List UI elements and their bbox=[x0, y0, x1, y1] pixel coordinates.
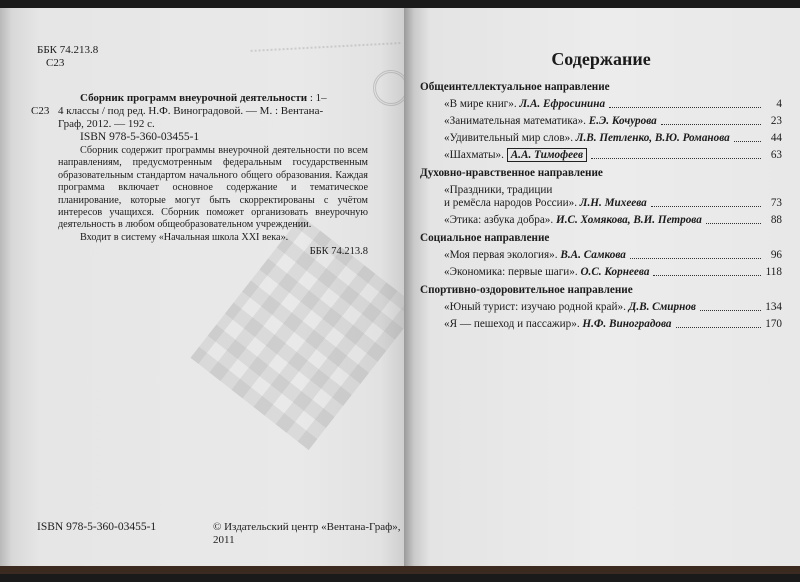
dot-leader bbox=[661, 124, 761, 125]
toc-section: Общеинтеллектуальное направление«В мире … bbox=[420, 80, 782, 162]
record-bbk: ББК 74.213.8 bbox=[58, 245, 368, 258]
dot-leader bbox=[653, 275, 761, 276]
left-page-imprint: ББК 74.213.8 С23 С23 Сборник программ вн… bbox=[0, 8, 404, 574]
toc-entry-text: «Этика: азбука добра». И.С. Хомякова, В.… bbox=[444, 214, 702, 227]
toc-entry: «Удивительный мир слов». Л.В. Петленко, … bbox=[420, 132, 782, 145]
scan-bottom-edge bbox=[0, 566, 800, 574]
toc-section: Социальное направление«Моя первая эколог… bbox=[420, 231, 782, 279]
toc-section-heading: Социальное направление bbox=[420, 231, 782, 245]
dot-leader bbox=[734, 141, 761, 142]
toc-entry-author: Н.Ф. Виноградова bbox=[582, 318, 671, 330]
book-title-rest: : 1– bbox=[307, 92, 327, 104]
bibliographic-record: С23 Сборник программ внеурочной деятельн… bbox=[58, 92, 368, 258]
toc-entry-text: «Занимательная математика». Е.Э. Кочуров… bbox=[444, 115, 657, 128]
contents-title: Содержание bbox=[420, 48, 782, 70]
toc-entry-text: «Моя первая экология». В.А. Самкова bbox=[444, 249, 626, 262]
toc-entry-title: «Удивительный мир слов». bbox=[444, 132, 573, 144]
publisher-logo-icon bbox=[373, 70, 404, 106]
toc-entry-title: «Я — пешеход и пассажир». bbox=[444, 318, 580, 330]
toc-entry-title: «Моя первая экология». bbox=[444, 249, 558, 261]
toc-entry-text: «В мире книг». Л.А. Ефросинина bbox=[444, 98, 605, 111]
toc-page-number: 118 bbox=[764, 266, 782, 279]
toc-page-number: 4 bbox=[764, 98, 782, 111]
toc-entry-author: Д.В. Смирнов bbox=[629, 301, 696, 313]
toc-page-number: 63 bbox=[764, 149, 782, 162]
toc-entry: «Моя первая экология». В.А. Самкова96 bbox=[420, 249, 782, 262]
dot-leader bbox=[591, 158, 761, 159]
toc-section: Спортивно-оздоровительное направление«Юн… bbox=[420, 283, 782, 331]
toc-entry-author: А.А. Тимофеев bbox=[507, 148, 587, 162]
toc-entry: «Праздники, традициии ремёсла народов Ро… bbox=[420, 184, 782, 210]
toc-page-number: 23 bbox=[764, 115, 782, 128]
toc-entry-title: «Юный турист: изучаю родной край». bbox=[444, 301, 626, 313]
toc-section-heading: Общеинтеллектуальное направление bbox=[420, 80, 782, 94]
toc-entry-title: «В мире книг». bbox=[444, 98, 517, 110]
handwriting-show-through bbox=[250, 24, 401, 52]
toc-entry-author: Л.В. Петленко, В.Ю. Романова bbox=[576, 132, 730, 144]
record-line-2: 4 классы / под ред. Н.Ф. Виноградовой. —… bbox=[58, 105, 368, 118]
toc-entry: «Юный турист: изучаю родной край». Д.В. … bbox=[420, 301, 782, 314]
toc-entry-text: «Юный турист: изучаю родной край». Д.В. … bbox=[444, 301, 696, 314]
record-isbn: ISBN 978-5-360-03455-1 bbox=[58, 131, 368, 144]
toc-entry-title: «Шахматы». bbox=[444, 149, 504, 161]
toc-entry: «Экономика: первые шаги». О.С. Корнеева1… bbox=[420, 266, 782, 279]
toc-entry: «Я — пешеход и пассажир». Н.Ф. Виноградо… bbox=[420, 318, 782, 331]
toc-entry: «Этика: азбука добра». И.С. Хомякова, В.… bbox=[420, 214, 782, 227]
toc-entry: «Шахматы». А.А. Тимофеев63 bbox=[420, 149, 782, 162]
dot-leader bbox=[706, 223, 761, 224]
toc-entry-title-line1: «Праздники, традиции bbox=[444, 184, 647, 197]
toc-entry-text: «Удивительный мир слов». Л.В. Петленко, … bbox=[444, 132, 730, 145]
toc-entry-author: В.А. Самкова bbox=[560, 249, 625, 261]
toc-page-number: 134 bbox=[764, 301, 782, 314]
toc-section-heading: Духовно-нравственное направление bbox=[420, 166, 782, 180]
dot-leader bbox=[651, 206, 761, 207]
toc-entry-author: И.С. Хомякова, В.И. Петрова bbox=[556, 214, 702, 226]
book-title: Сборник программ внеурочной деятельности bbox=[80, 92, 307, 104]
toc-page-number: 170 bbox=[764, 318, 782, 331]
toc-page-number: 44 bbox=[764, 132, 782, 145]
dot-leader bbox=[630, 258, 761, 259]
toc-entry-text: «Шахматы». А.А. Тимофеев bbox=[444, 149, 587, 162]
toc-entry-text: «Экономика: первые шаги». О.С. Корнеева bbox=[444, 266, 649, 279]
dot-leader bbox=[700, 310, 761, 311]
toc-entry-author: Л.Н. Михеева bbox=[580, 197, 647, 209]
bbk-code: ББК 74.213.8 bbox=[37, 44, 98, 57]
toc-entry-text: «Праздники, традициии ремёсла народов Ро… bbox=[444, 184, 647, 210]
toc-page-number: 96 bbox=[764, 249, 782, 262]
toc-entry-title: «Занимательная математика». bbox=[444, 115, 586, 127]
record-abstract: Сборник содержит программы внеурочной де… bbox=[58, 145, 368, 232]
toc-sections: Общеинтеллектуальное направление«В мире … bbox=[420, 80, 782, 331]
book-spread: ББК 74.213.8 С23 С23 Сборник программ вн… bbox=[0, 8, 800, 574]
toc-entry: «В мире книг». Л.А. Ефросинина4 bbox=[420, 98, 782, 111]
author-mark: С23 bbox=[37, 57, 98, 70]
toc-entry-text: «Я — пешеход и пассажир». Н.Ф. Виноградо… bbox=[444, 318, 672, 331]
toc-entry-author: Е.Э. Кочурова bbox=[589, 115, 657, 127]
isbn-footer: ISBN 978-5-360-03455-1 bbox=[37, 521, 156, 534]
record-series: Входит в систему «Начальная школа XXI ве… bbox=[58, 232, 368, 244]
toc-section-heading: Спортивно-оздоровительное направление bbox=[420, 283, 782, 297]
toc-page-number: 73 bbox=[764, 197, 782, 210]
toc-entry-title: «Экономика: первые шаги». bbox=[444, 266, 578, 278]
copyright-notice: © Издательский центр «Вентана-Граф», 201… bbox=[213, 521, 404, 547]
toc-entry-author: Л.А. Ефросинина bbox=[519, 98, 605, 110]
toc-section: Духовно-нравственное направление«Праздни… bbox=[420, 166, 782, 227]
toc-page-number: 88 bbox=[764, 214, 782, 227]
toc-entry: «Занимательная математика». Е.Э. Кочуров… bbox=[420, 115, 782, 128]
dot-leader bbox=[609, 107, 761, 108]
toc-entry-title: и ремёсла народов России». bbox=[444, 197, 577, 209]
toc-entry-title: «Этика: азбука добра». bbox=[444, 214, 553, 226]
dot-leader bbox=[676, 327, 762, 328]
toc-entry-author: О.С. Корнеева bbox=[580, 266, 649, 278]
record-line-3: Граф, 2012. — 192 с. bbox=[58, 118, 368, 131]
table-of-contents: Содержание Общеинтеллектуальное направле… bbox=[420, 28, 782, 335]
bbk-classification: ББК 74.213.8 С23 bbox=[37, 44, 98, 70]
right-page-contents: Содержание Общеинтеллектуальное направле… bbox=[404, 8, 800, 574]
record-author-mark: С23 bbox=[31, 105, 49, 118]
